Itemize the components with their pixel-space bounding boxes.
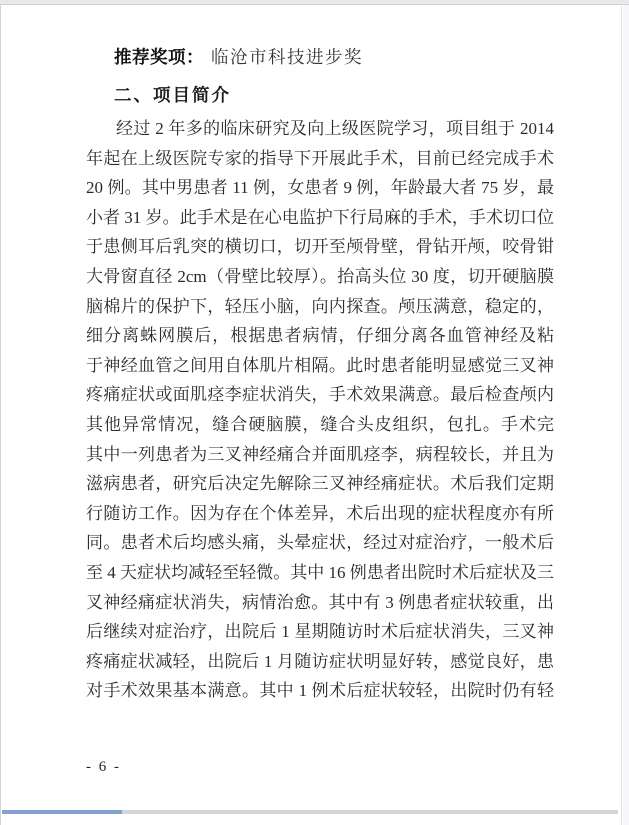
viewer-background (623, 5, 629, 825)
paragraph-line: 后继续对症治疗，出院后 1 星期随访时术后症状消失，三叉神经 (86, 617, 554, 647)
paragraph-line: 于患侧耳后乳突的横切口，切开至颅骨壁，骨钻开颅，咬骨钳扩 (86, 232, 554, 262)
recommendation-line: 推荐奖项：临沧市科技进步奖 (86, 38, 554, 76)
paragraph-line: 滋病患者，研究后决定先解除三叉神经痛症状。术后我们定期进 (86, 469, 554, 499)
paragraph-line: 年起在上级医院专家的指导下开展此手术，目前已经完成手术 (86, 144, 554, 174)
paragraph-line: 叉神经痛症状消失，病情治愈。其中有 3 例患者症状较重，出院 (86, 588, 554, 618)
paragraph-line: 20 例。其中男患者 11 例，女患者 9 例，年龄最大者 75 岁，最 (86, 173, 554, 203)
paragraph-line: 经过 2 年多的临床研究及向上级医院学习，项目组于 2014 (86, 114, 554, 144)
recommendation-value: 临沧市科技进步奖 (211, 47, 363, 67)
paragraph-line: 疼痛症状或面肌痉李症状消失，手术效果满意。最后检查颅内无 (86, 380, 554, 410)
paragraph-line: 大骨窗直径 2cm（骨壁比较厚）。抬高头位 30 度，切开硬脑膜在 (86, 262, 554, 292)
paragraph-line: 其中一列患者为三叉神经痛合并面肌痉李，病程较长，并且为艾 (86, 440, 554, 470)
page-number: - 6 - (86, 758, 554, 776)
paragraph-line: 小者 31 岁。此手术是在心电监护下行局麻的手术，手术切口位 (86, 203, 554, 233)
paragraph-line: 脑棉片的保护下，轻压小脑，向内探查。颅压满意，稳定的，仔 (86, 292, 554, 322)
paragraph-line: 同。患者术后均感头痛，头晕症状，经过对症治疗，一般术后 3 (86, 528, 554, 558)
page-content: 推荐奖项：临沧市科技进步奖 二、项目简介 经过 2 年多的临床研究及向上级医院学… (86, 5, 554, 776)
scrollbar-thumb[interactable] (2, 810, 122, 814)
paragraph-line: 至 4 天症状均减轻至轻微。其中 16 例患者出院时术后症状及三 (86, 558, 554, 588)
paragraph-line: 疼痛症状减轻，出院后 1 月随访症状明显好转，感觉良好，患者 (86, 647, 554, 677)
paragraph-line: 其他异常情况，缝合硬脑膜，缝合头皮组织，包扎。手术完毕。 (86, 410, 554, 440)
section-title: 二、项目简介 (86, 76, 554, 114)
paragraph-line: 细分离蛛网膜后，根据患者病情，仔细分离各血管神经及粘连， (86, 321, 554, 351)
paragraph-line: 对手术效果基本满意。其中 1 例术后症状较轻，出院时仍有轻微 (86, 676, 554, 706)
paragraph-line: 行随访工作。因为存在个体差异，术后出现的症状程度亦有所不 (86, 499, 554, 529)
horizontal-scrollbar[interactable] (2, 810, 618, 814)
paragraph-line: 于神经血管之间用自体肌片相隔。此时患者能明显感觉三叉神经 (86, 351, 554, 381)
document-viewer: 推荐奖项：临沧市科技进步奖 二、项目简介 经过 2 年多的临床研究及向上级医院学… (0, 0, 629, 825)
document-page: 推荐奖项：临沧市科技进步奖 二、项目简介 经过 2 年多的临床研究及向上级医院学… (0, 5, 622, 825)
recommendation-label: 推荐奖项： (114, 47, 204, 67)
project-intro-paragraph: 经过 2 年多的临床研究及向上级医院学习，项目组于 2014年起在上级医院专家的… (86, 114, 554, 706)
